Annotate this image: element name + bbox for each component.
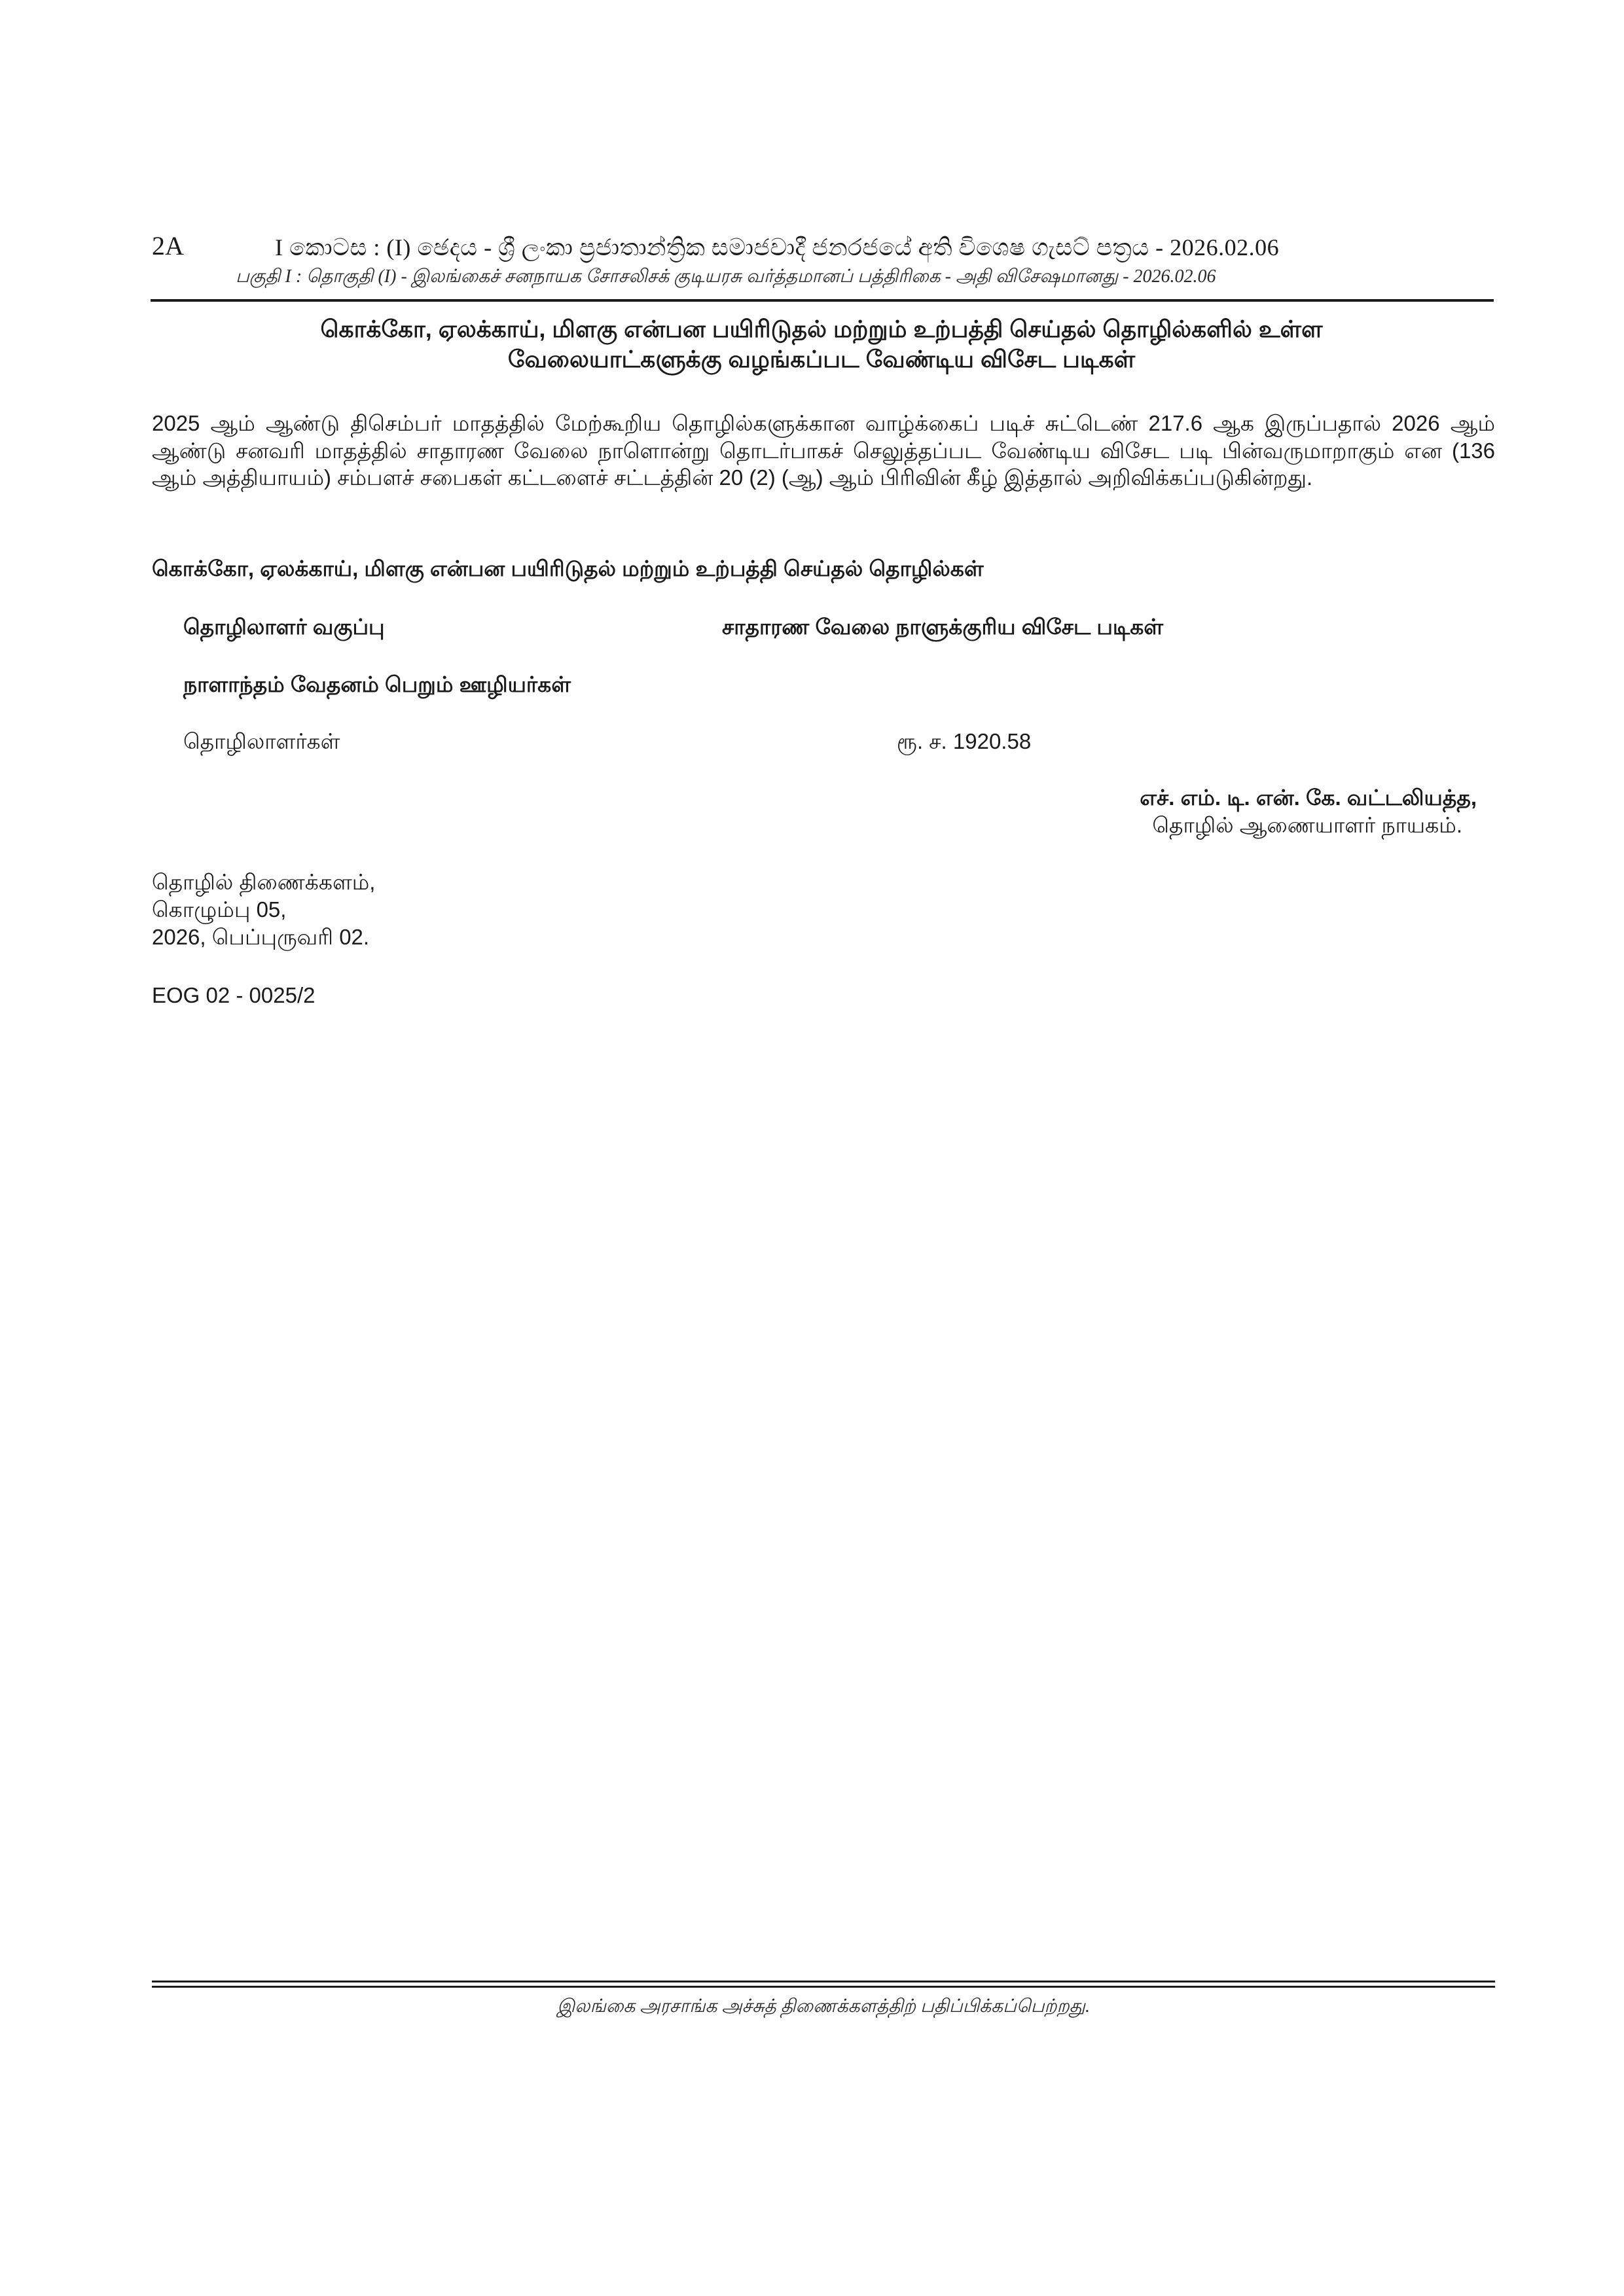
- signatory-title: தொழில் ஆணையாளர் நாயகம்.: [1047, 812, 1492, 839]
- table-group-label: நாளாந்தம் வேதனம் பெறும் ஊழியர்கள்: [183, 671, 571, 698]
- table-row-allowance: ரூ. ச. 1920.58: [897, 728, 1031, 755]
- signatory-name: எச். எம். டி. என். கே. வட்டலியத்த,: [1047, 784, 1492, 812]
- gazette-page: 2A I කොටස : (I) ඡෙදය - ශ්‍රී ලංකා ප්‍රජා…: [0, 0, 1624, 2296]
- office-city: கொழும்பு 05,: [152, 896, 375, 924]
- office-name: தொழில் திணைக்களம்,: [152, 869, 375, 896]
- notice-paragraph: 2025 ஆம் ஆண்டு திசெம்பர் மாதத்தில் மேற்க…: [152, 410, 1495, 492]
- reference-number: EOG 02 - 0025/2: [152, 982, 315, 1009]
- table-row-category: தொழிலாளர்கள்: [183, 728, 340, 755]
- gazette-header-tamil: பகுதி I : தொகுதி (I) - இலங்கைச் சனநாயக ச…: [236, 265, 1453, 289]
- office-date: 2026, பெப்புருவரி 02.: [152, 924, 375, 951]
- column-header-special-allowance: சாதாரண வேலை நாளுக்குரிய விசேட படிகள்: [722, 613, 1163, 641]
- notice-title-line2: வேலையாட்களுக்கு வழங்கப்பட வேண்டிய விசேட …: [170, 344, 1473, 374]
- header-divider: [151, 299, 1494, 302]
- page-number: 2A: [152, 230, 184, 262]
- notice-title-line1: கொக்கோ, ஏலக்காய், மிளகு என்பன பயிரிடுதல்…: [170, 314, 1473, 344]
- column-header-worker-class: தொழிலாளர் வகுப்பு: [183, 613, 385, 641]
- gazette-header-sinhala: I කොටස : (I) ඡෙදය - ශ්‍රී ලංකා ප්‍රජාතාන…: [275, 233, 1401, 262]
- issuing-office: தொழில் திணைக்களம், கொழும்பு 05, 2026, பெ…: [152, 869, 375, 951]
- notice-title: கொக்கோ, ஏலக்காய், மிளகு என்பன பயிரிடுதல்…: [170, 314, 1473, 374]
- footer-divider-top: [152, 1981, 1495, 1982]
- printer-note: இலங்கை அரசாங்க அச்சுத் திணைக்களத்திற் பத…: [152, 1995, 1495, 2018]
- footer-divider-bottom: [152, 1986, 1495, 1988]
- signature-block: எச். எம். டி. என். கே. வட்டலியத்த, தொழில…: [1047, 784, 1492, 839]
- section-heading: கொக்கோ, ஏலக்காய், மிளகு என்பன பயிரிடுதல்…: [152, 555, 984, 583]
